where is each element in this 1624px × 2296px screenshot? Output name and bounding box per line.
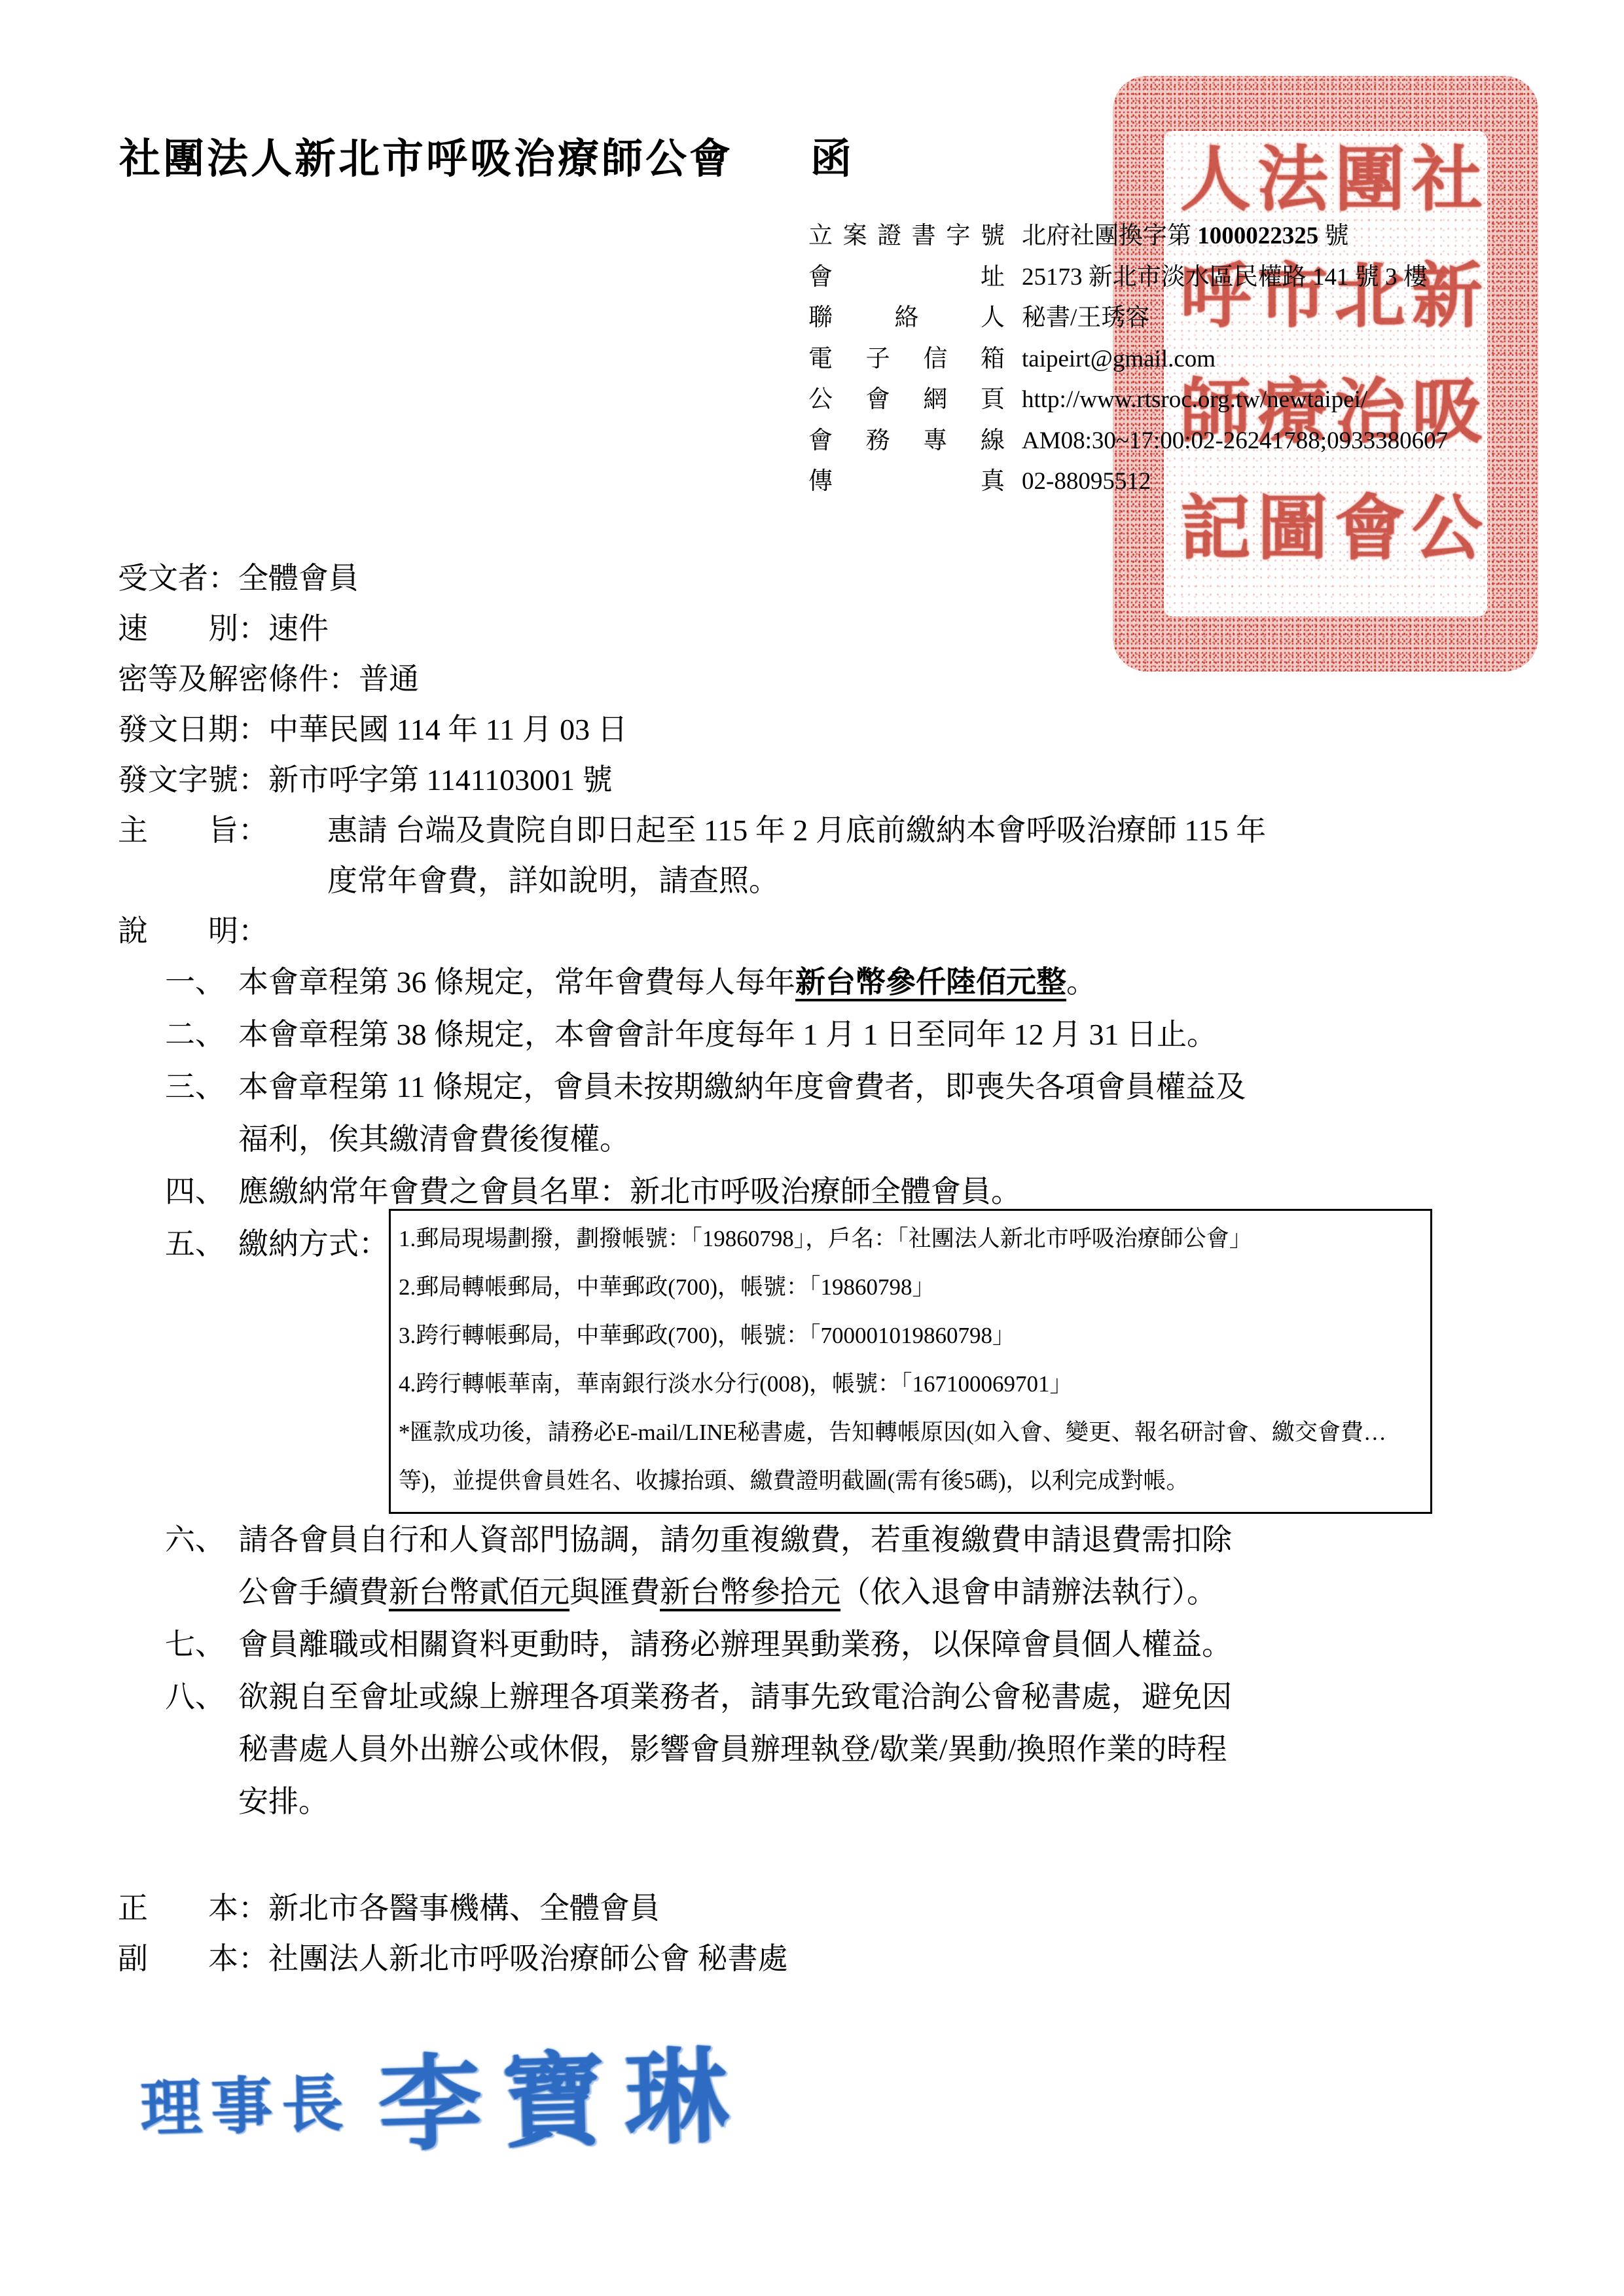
subject-line: 度常年會費，詳如說明，請查照。 <box>327 855 1266 906</box>
item-number: 七、 <box>165 1619 238 1671</box>
item-content: 欲親自至會址或線上辦理各項業務者，請事先致電洽詢公會秘書處，避免因 秘書處人員外… <box>238 1671 1598 1828</box>
payment-box: 1.郵局現場劃撥，劃撥帳號：「19860798」，戶名：「社團法人新北市呼吸治療… <box>389 1209 1432 1514</box>
item-line: 公會手續費新台幣貳佰元與匯費新台幣參拾元（依入退會申請辦法執行）。 <box>238 1566 1598 1619</box>
contact-phone: AM08:30~17:00:02-26241788;0933380607 <box>1022 421 1448 462</box>
contact-label: 電子信箱 <box>808 339 1005 380</box>
document-body: 受文者：全體會員 速 別：速件 密等及解密條件：普通 發文日期：中華民國 114… <box>118 553 1598 2159</box>
original-copy-line: 正 本：新北市各醫事機構、全體會員 <box>118 1883 1598 1933</box>
signature-name: 李寶琳 <box>376 2013 749 2172</box>
item-line: 請各會員自行和人資部門協調，請勿重複繳費，若重複繳費申請退費需扣除 <box>238 1514 1598 1566</box>
item-number: 四、 <box>165 1166 238 1218</box>
issue-date-line: 發文日期：中華民國 114 年 11 月 03 日 <box>118 704 1598 755</box>
contact-row: 立案證書字號 北府社團換字第 1000022325 號 <box>808 216 1624 257</box>
item-number: 三、 <box>165 1061 238 1166</box>
fee-amount-highlight: 新台幣參仟陸佰元整 <box>795 965 1066 999</box>
seal-column: 公會圖記 <box>1173 490 1478 607</box>
payment-line: 2.郵局轉帳郵局，中華郵政(700)，帳號：「19860798」 <box>399 1263 1420 1312</box>
remittance-fee-highlight: 新台幣參拾元 <box>660 1575 840 1609</box>
item-line: 會員離職或相關資料更動時，請務必辦理異動業務，以保障會員個人權益。 <box>238 1619 1598 1671</box>
payment-method-row: 繳納方式： 1.郵局現場劃撥，劃撥帳號：「19860798」，戶名：「社團法人新… <box>238 1218 1598 1514</box>
list-item: 六、 請各會員自行和人資部門協調，請勿重複繳費，若重複繳費申請退費需扣除 公會手… <box>165 1514 1598 1619</box>
payment-note: *匯款成功後，請務必E-mail/LINE秘書處，告知轉帳原因(如入會、變更、報… <box>399 1408 1420 1505</box>
contact-row: 會務專線 AM08:30~17:00:02-26241788;093338060… <box>808 421 1624 462</box>
payment-method-label: 繳納方式： <box>238 1218 389 1270</box>
contact-label: 聯絡人 <box>808 298 1005 339</box>
subject-line: 惠請 台端及貴院自即日起至 115 年 2 月底前繳納本會呼吸治療師 115 年 <box>327 805 1266 855</box>
doc-number-line: 發文字號：新市呼字第 1141103001 號 <box>118 755 1598 805</box>
payment-line: 3.跨行轉帳郵局，中華郵政(700)，帳號：「700001019860798」 <box>399 1312 1420 1360</box>
item-content: 繳納方式： 1.郵局現場劃撥，劃撥帳號：「19860798」，戶名：「社團法人新… <box>238 1218 1598 1514</box>
page-title: 社團法人新北市呼吸治療師公會函 <box>119 126 854 185</box>
item-content: 本會章程第 38 條規定，本會會計年度每年 1 月 1 日至同年 12 月 31… <box>238 1009 1598 1061</box>
carbon-copy-line: 副 本：社團法人新北市呼吸治療師公會 秘書處 <box>118 1933 1598 1984</box>
explanation-items: 一、 本會章程第 36 條規定，常年會費每人每年新台幣參仟陸佰元整。 二、 本會… <box>165 956 1598 1828</box>
explanation-label: 說 明： <box>118 906 1598 956</box>
contact-label: 公會網頁 <box>808 380 1005 421</box>
payment-line: 4.跨行轉帳華南，華南銀行淡水分行(008)，帳號：「167100069701」 <box>399 1360 1420 1408</box>
item-content: 本會章程第 36 條規定，常年會費每人每年新台幣參仟陸佰元整。 <box>238 956 1598 1009</box>
contact-value: 秘書/王琇容 <box>1022 298 1149 339</box>
contact-row: 會址 25173 新北市淡水區民權路 141 號 3 樓 <box>808 257 1624 298</box>
list-item: 五、 繳納方式： 1.郵局現場劃撥，劃撥帳號：「19860798」，戶名：「社團… <box>165 1218 1598 1514</box>
item-content: 請各會員自行和人資部門協調，請勿重複繳費，若重複繳費申請退費需扣除 公會手續費新… <box>238 1514 1598 1619</box>
contact-row: 傳真 02-88095512 <box>808 461 1624 503</box>
item-number: 五、 <box>165 1218 238 1514</box>
item-line: 秘書處人員外出辦公或休假，影響會員辦理執登/歇業/異動/換照作業的時程 <box>238 1723 1598 1776</box>
item-number: 一、 <box>165 956 238 1009</box>
item-number: 八、 <box>165 1671 238 1828</box>
subject-label: 主 旨： <box>118 805 327 906</box>
official-letter-page: 社團法人新北市呼吸治療師公會函 社團法人 新北市呼 吸治療師 公會圖記 立案證書… <box>0 0 1624 2296</box>
item-line: 本會章程第 36 條規定，常年會費每人每年新台幣參仟陸佰元整。 <box>238 956 1598 1009</box>
subject-row: 主 旨： 惠請 台端及貴院自即日起至 115 年 2 月底前繳納本會呼吸治療師 … <box>118 805 1598 906</box>
item-line: 欲親自至會址或線上辦理各項業務者，請事先致電洽詢公會秘書處，避免因 <box>238 1671 1598 1723</box>
contact-fax: 02-88095512 <box>1022 461 1151 503</box>
signature-title: 理事長 <box>139 2054 353 2147</box>
item-number: 六、 <box>165 1514 238 1619</box>
registration-number: 1000022325 <box>1197 223 1318 249</box>
contact-value: 25173 新北市淡水區民權路 141 號 3 樓 <box>1022 257 1428 298</box>
contact-info: 立案證書字號 北府社團換字第 1000022325 號 會址 25173 新北市… <box>808 216 1624 503</box>
chairman-signature: 理事長 李寶琳 <box>138 1991 1600 2178</box>
item-number: 二、 <box>165 1009 238 1061</box>
handling-fee-highlight: 新台幣貳佰元 <box>389 1575 569 1609</box>
contact-email: taipeirt@gmail.com <box>1022 339 1216 380</box>
contact-row: 聯絡人 秘書/王琇容 <box>808 298 1624 339</box>
contact-label: 會址 <box>808 257 1005 298</box>
item-line: 本會章程第 11 條規定，會員未按期繳納年度會費者，即喪失各項會員權益及 <box>238 1061 1598 1113</box>
item-line: 本會章程第 38 條規定，本會會計年度每年 1 月 1 日至同年 12 月 31… <box>238 1009 1598 1061</box>
list-item: 八、 欲親自至會址或線上辦理各項業務者，請事先致電洽詢公會秘書處，避免因 秘書處… <box>165 1671 1598 1828</box>
contact-website: http://www.rtsroc.org.tw/newtaipei/ <box>1022 380 1367 421</box>
item-content: 會員離職或相關資料更動時，請務必辦理異動業務，以保障會員個人權益。 <box>238 1619 1598 1671</box>
item-content: 本會章程第 11 條規定，會員未按期繳納年度會費者，即喪失各項會員權益及 福利，… <box>238 1061 1598 1166</box>
payment-line: 1.郵局現場劃撥，劃撥帳號：「19860798」，戶名：「社團法人新北市呼吸治療… <box>399 1215 1420 1263</box>
list-item: 二、 本會章程第 38 條規定，本會會計年度每年 1 月 1 日至同年 12 月… <box>165 1009 1598 1061</box>
org-name: 社團法人新北市呼吸治療師公會 <box>119 136 733 182</box>
item-line: 福利，俟其繳清會費後復權。 <box>238 1113 1598 1166</box>
contact-label: 立案證書字號 <box>808 216 1005 257</box>
item-line: 安排。 <box>238 1776 1598 1828</box>
distribution-list: 正 本：新北市各醫事機構、全體會員 副 本：社團法人新北市呼吸治療師公會 秘書處 <box>118 1883 1598 1984</box>
list-item: 七、 會員離職或相關資料更動時，請務必辦理異動業務，以保障會員個人權益。 <box>165 1619 1598 1671</box>
contact-row: 公會網頁 http://www.rtsroc.org.tw/newtaipei/ <box>808 380 1624 421</box>
doc-type-label: 函 <box>810 136 854 182</box>
contact-value: 北府社團換字第 1000022325 號 <box>1022 216 1349 257</box>
contact-label: 會務專線 <box>808 421 1005 462</box>
contact-label: 傳真 <box>808 461 1005 503</box>
subject-content: 惠請 台端及貴院自即日起至 115 年 2 月底前繳納本會呼吸治療師 115 年… <box>327 805 1266 906</box>
list-item: 三、 本會章程第 11 條規定，會員未按期繳納年度會費者，即喪失各項會員權益及 … <box>165 1061 1598 1166</box>
contact-row: 電子信箱 taipeirt@gmail.com <box>808 339 1624 380</box>
list-item: 一、 本會章程第 36 條規定，常年會費每人每年新台幣參仟陸佰元整。 <box>165 956 1598 1009</box>
